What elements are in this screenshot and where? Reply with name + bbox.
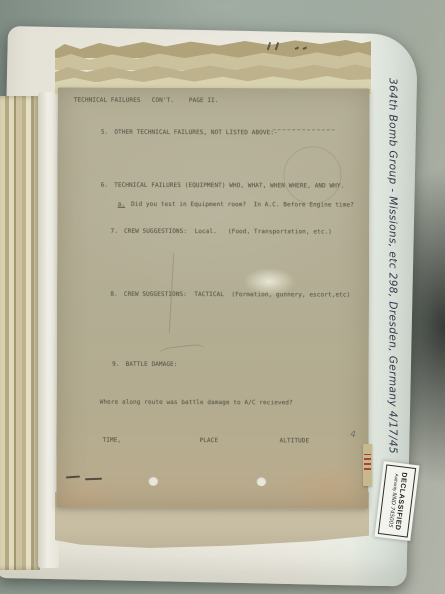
footer-col-time: TIME, — [102, 437, 121, 444]
page-header: TECHNICAL FAILURES CON'T. PAGE II. — [74, 97, 219, 105]
document-page: TECHNICAL FAILURES CON'T. PAGE II. 5.OTH… — [56, 87, 369, 508]
question-item: 7.CREW SUGGESTIONS: Local. (Food, Transp… — [88, 221, 332, 243]
item-number: 5. — [101, 129, 108, 136]
item-text: CREW SUGGESTIONS: TACTICAL (Formation, g… — [124, 291, 350, 299]
item-text: Did you test in Equipment room? In A.C. … — [131, 201, 354, 209]
question-item: 9.BATTLE DAMAGE: — [90, 354, 178, 375]
item-number: 8. — [110, 291, 117, 298]
question-subitem: a.Did you test in Equipment room? In A.C… — [95, 194, 354, 216]
typed-rule-line — [273, 129, 335, 130]
question-line: Where along route was battle damage to A… — [100, 399, 293, 407]
red-stamp-marks — [364, 454, 371, 470]
item-text: BATTLE DAMAGE: — [125, 361, 177, 368]
question-item: 5.OTHER TECHNICAL FAILURES, NOT LISTED A… — [79, 122, 278, 144]
item-number: 6. — [101, 182, 108, 189]
item-text: OTHER TECHNICAL FAILURES, NOT LISTED ABO… — [114, 129, 277, 137]
item-text: CREW SUGGESTIONS: Local. (Food, Transpor… — [124, 228, 332, 236]
subitem-letter: a. — [118, 201, 125, 208]
punch-hole — [256, 476, 266, 486]
question-item: 8.CREW SUGGESTIONS: TACTICAL (Formation,… — [88, 284, 350, 306]
item-number: 7. — [111, 228, 118, 235]
item-number: 9. — [112, 361, 119, 368]
footer-col-altitude: ALTITUDE — [279, 437, 309, 444]
footer-col-place: PLACE — [199, 437, 218, 444]
item-text: TECHNICAL FAILURES (EQUIPMENT) WHO, WHAT… — [114, 182, 344, 190]
paper-stack-left-edge — [0, 96, 40, 570]
folder-side-label-handwriting: 364th Bomb Group - Missions, etc 298, Dr… — [383, 64, 399, 469]
punch-hole — [148, 476, 158, 486]
archival-photo: TECHNICAL FAILURES CON'T. PAGE II. 5.OTH… — [0, 0, 445, 594]
red-stamp-tab — [363, 444, 372, 486]
